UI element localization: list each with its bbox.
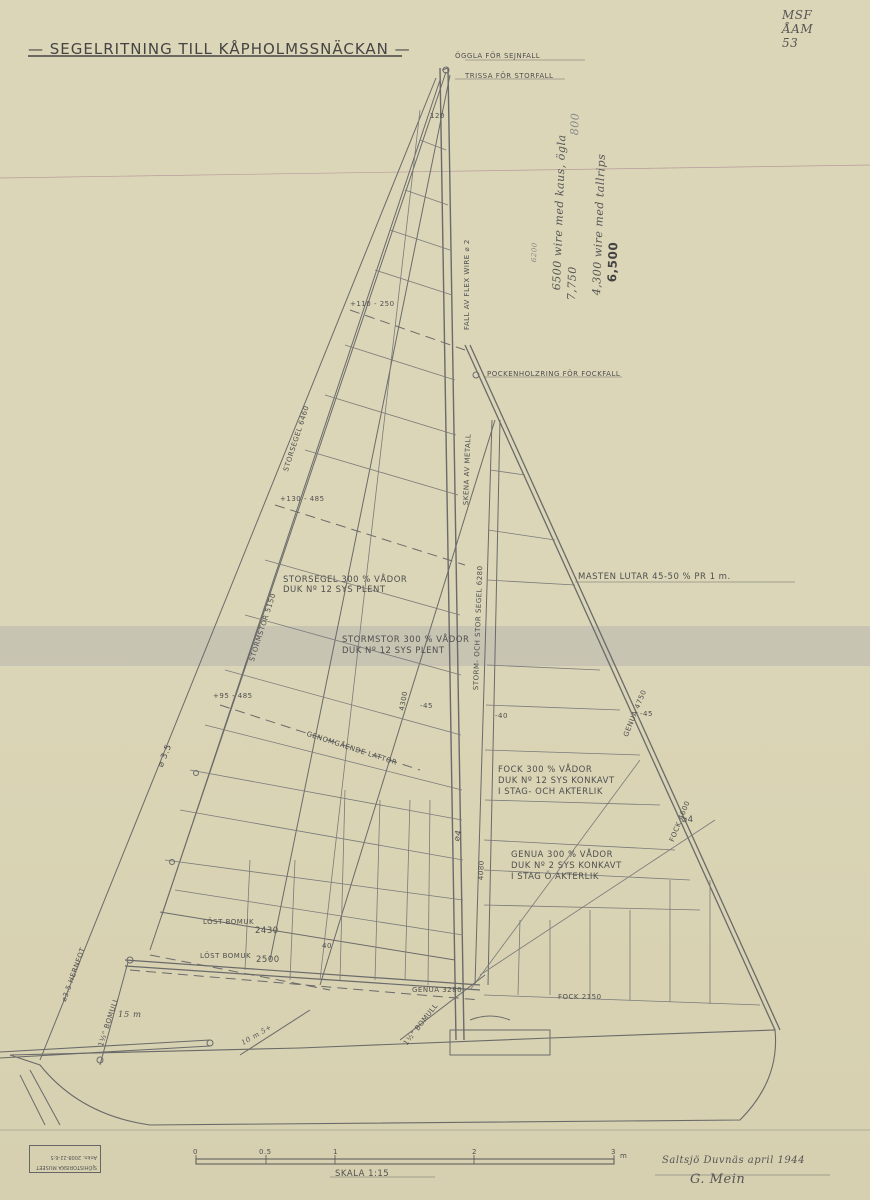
- label-dim-45a: -45: [420, 702, 433, 710]
- label-genua-3: I STAG Ö AKTERLIK: [511, 872, 599, 882]
- scale-label: SKALA 1:15: [335, 1169, 389, 1179]
- scale-tick-0-5: 0.5: [259, 1148, 272, 1156]
- drawing-title: — SEGELRITNING TILL KÅPHOLMSSNÄCKAN —: [28, 40, 411, 58]
- catalog-line-1: MSF: [782, 8, 813, 22]
- scale-tick-3: 3: [611, 1148, 616, 1156]
- scale-unit: m: [620, 1152, 627, 1160]
- label-dim-40: -40: [495, 712, 508, 720]
- title-text: SEGELRITNING TILL KÅPHOLMSSNÄCKAN: [50, 40, 389, 58]
- label-reef-120: 120: [430, 112, 445, 120]
- note-6500: 6,500: [605, 242, 620, 283]
- signature-place-date: Saltsjö Duvnäs april 1944: [662, 1155, 805, 1166]
- label-fock-1: FOCK 300 % VÅDOR: [498, 765, 592, 775]
- label-reef-110: +110 - 250: [350, 300, 395, 308]
- note-800: 800: [568, 113, 582, 136]
- label-storsegel-2: DUK Nº 12 SYS PLENT: [283, 585, 386, 595]
- sail-plan-drawing: [0, 0, 870, 1200]
- scale-tick-1: 1: [333, 1148, 338, 1156]
- label-genua-leech: 4080: [477, 860, 486, 880]
- label-fock-foot: FOCK 2150: [558, 993, 602, 1001]
- stamp-line-2: Ankn. 2008-22-6:5: [30, 1152, 100, 1162]
- label-fock-3: I STAG- OCH AKTERLIK: [498, 787, 603, 797]
- label-reef-130: +130 - 485: [280, 495, 325, 503]
- label-pocken: POCKENHOLZRING FÖR FOCKFALL: [487, 370, 620, 378]
- value-lost-bomuk-2: 2500: [256, 955, 280, 965]
- label-masten: MASTEN LUTAR 45-50 % PR 1 m.: [578, 572, 731, 582]
- catalog-line-3: 53: [782, 36, 813, 50]
- signature-name: G. Mein: [690, 1172, 745, 1187]
- catalog-line-2: ÅAM: [782, 22, 813, 36]
- scale-tick-2: 2: [472, 1148, 477, 1156]
- label-dim-40b: 40: [322, 942, 332, 950]
- stamp-line-1: SJÖHISTORISKA MUSEET: [30, 1162, 100, 1172]
- label-stormstor-2: DUK Nº 12 SYS PLENT: [342, 646, 445, 656]
- label-trissa: TRISSA FÖR STORFALL: [465, 72, 553, 80]
- label-15m: 15 m: [118, 1010, 142, 1020]
- note-7750: 7,750: [565, 266, 579, 300]
- drawing-sheet: — SEGELRITNING TILL KÅPHOLMSSNÄCKAN — MS…: [0, 0, 870, 1200]
- label-reef-95: +95 - 485: [213, 692, 253, 700]
- label-storsegel-1: STORSEGEL 300 % VÅDOR: [283, 575, 407, 585]
- label-lost-bomuk-2: LÖST BOMUK: [200, 952, 251, 960]
- label-fock-2: DUK Nº 12 SYS KONKAVT: [498, 776, 615, 786]
- label-stormstor-1: STORMSTOR 300 % VÅDOR: [342, 635, 469, 645]
- museum-stamp: SJÖHISTORISKA MUSEET Ankn. 2008-22-6:5: [29, 1145, 101, 1173]
- label-stay4: ⌀4: [682, 815, 694, 825]
- label-genua-2: DUK Nº 2 SYS KONKAVT: [511, 861, 622, 871]
- label-genua-foot: GENUA 3280: [412, 986, 462, 994]
- label-dim-45b: -45: [640, 710, 653, 718]
- label-lost-bomuk-1: LÖST BOMUK: [203, 918, 254, 926]
- value-lost-bomuk-1: 2430: [255, 926, 279, 936]
- note-6200: 6200: [530, 242, 539, 262]
- label-fall-wire: FALL AV FLEX WIRE ⌀ 2: [463, 239, 471, 330]
- scale-tick-0: 0: [193, 1148, 198, 1156]
- label-genua-1: GENUA 300 % VÅDOR: [511, 850, 613, 860]
- label-block-top: ÖGGLA FÖR SEJNFALL: [455, 52, 540, 60]
- catalog-mark: MSF ÅAM 53: [782, 8, 813, 50]
